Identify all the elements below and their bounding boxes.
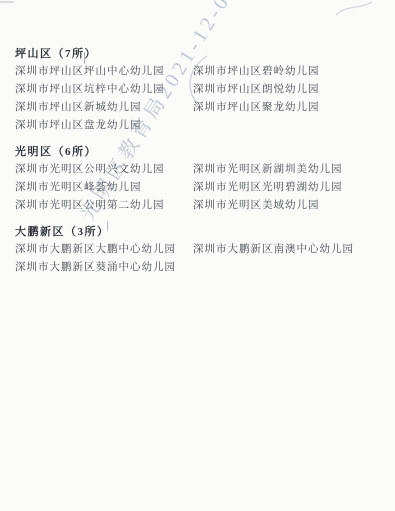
section-title: 光明区（6所） bbox=[15, 143, 393, 161]
kindergarten-name: 深圳市大鹏新区南澳中心幼儿园 bbox=[193, 241, 393, 259]
kindergarten-name: 深圳市大鹏新区大鹏中心幼儿园 bbox=[15, 241, 193, 259]
kindergarten-name: 深圳市坪山区朗悦幼儿园 bbox=[193, 81, 393, 99]
kindergarten-name: 深圳市坪山区碧岭幼儿园 bbox=[193, 63, 393, 81]
kindergarten-name: 深圳市光明区公明第二幼儿园 bbox=[15, 197, 193, 215]
section-dapeng: 大鹏新区（3所） 深圳市大鹏新区大鹏中心幼儿园 深圳市大鹏新区南澳中心幼儿园 深… bbox=[15, 223, 393, 277]
kindergarten-name: 深圳市坪山区新城幼儿园 bbox=[15, 99, 193, 117]
table-row: 深圳市坪山区盘龙幼儿园 bbox=[15, 117, 393, 135]
section-title: 坪山区（7所） bbox=[15, 45, 393, 63]
section-pingshan: 坪山区（7所） 深圳市坪山区坪山中心幼儿园 深圳市坪山区碧岭幼儿园 深圳市坪山区… bbox=[15, 45, 393, 135]
kindergarten-name: 深圳市光明区峰荟幼儿园 bbox=[15, 179, 193, 197]
table-row: 深圳市大鹏新区葵涌中心幼儿园 bbox=[15, 259, 393, 277]
kindergarten-name: 深圳市坪山区坪山中心幼儿园 bbox=[15, 63, 193, 81]
kindergarten-name: 深圳市光明区光明碧湖幼儿园 bbox=[193, 179, 393, 197]
kindergarten-name: 深圳市坪山区聚龙幼儿园 bbox=[193, 99, 393, 117]
scanned-document-page: 光明区教育局2021-12-09 1 坪山区（7所） 深圳市坪山区坪山中心幼儿园… bbox=[0, 0, 395, 511]
table-row: 深圳市坪山区坪山中心幼儿园 深圳市坪山区碧岭幼儿园 bbox=[15, 63, 393, 81]
table-row: 深圳市光明区公明兴文幼儿园 深圳市光明区新湖圳美幼儿园 bbox=[15, 161, 393, 179]
table-row: 深圳市坪山区坑梓中心幼儿园 深圳市坪山区朗悦幼儿园 bbox=[15, 81, 393, 99]
kindergarten-name: 深圳市坪山区盘龙幼儿园 bbox=[15, 117, 193, 135]
table-row: 深圳市坪山区新城幼儿园 深圳市坪山区聚龙幼儿园 bbox=[15, 99, 393, 117]
table-row: 深圳市大鹏新区大鹏中心幼儿园 深圳市大鹏新区南澳中心幼儿园 bbox=[15, 241, 393, 259]
kindergarten-list: 坪山区（7所） 深圳市坪山区坪山中心幼儿园 深圳市坪山区碧岭幼儿园 深圳市坪山区… bbox=[15, 45, 393, 277]
empty-cell bbox=[193, 259, 393, 277]
kindergarten-name: 深圳市光明区新湖圳美幼儿园 bbox=[193, 161, 393, 179]
table-row: 深圳市光明区峰荟幼儿园 深圳市光明区光明碧湖幼儿园 bbox=[15, 179, 393, 197]
section-guangming: 光明区（6所） 深圳市光明区公明兴文幼儿园 深圳市光明区新湖圳美幼儿园 深圳市光… bbox=[15, 143, 393, 215]
kindergarten-name: 深圳市光明区公明兴文幼儿园 bbox=[15, 161, 193, 179]
empty-cell bbox=[193, 117, 393, 135]
kindergarten-name: 深圳市坪山区坑梓中心幼儿园 bbox=[15, 81, 193, 99]
table-row: 深圳市光明区公明第二幼儿园 深圳市光明区美域幼儿园 bbox=[15, 197, 393, 215]
top-right-squiggle-artifact bbox=[336, 2, 372, 15]
kindergarten-name: 深圳市光明区美域幼儿园 bbox=[193, 197, 393, 215]
kindergarten-name: 深圳市大鹏新区葵涌中心幼儿园 bbox=[15, 259, 193, 277]
section-title: 大鹏新区（3所） bbox=[15, 223, 393, 241]
